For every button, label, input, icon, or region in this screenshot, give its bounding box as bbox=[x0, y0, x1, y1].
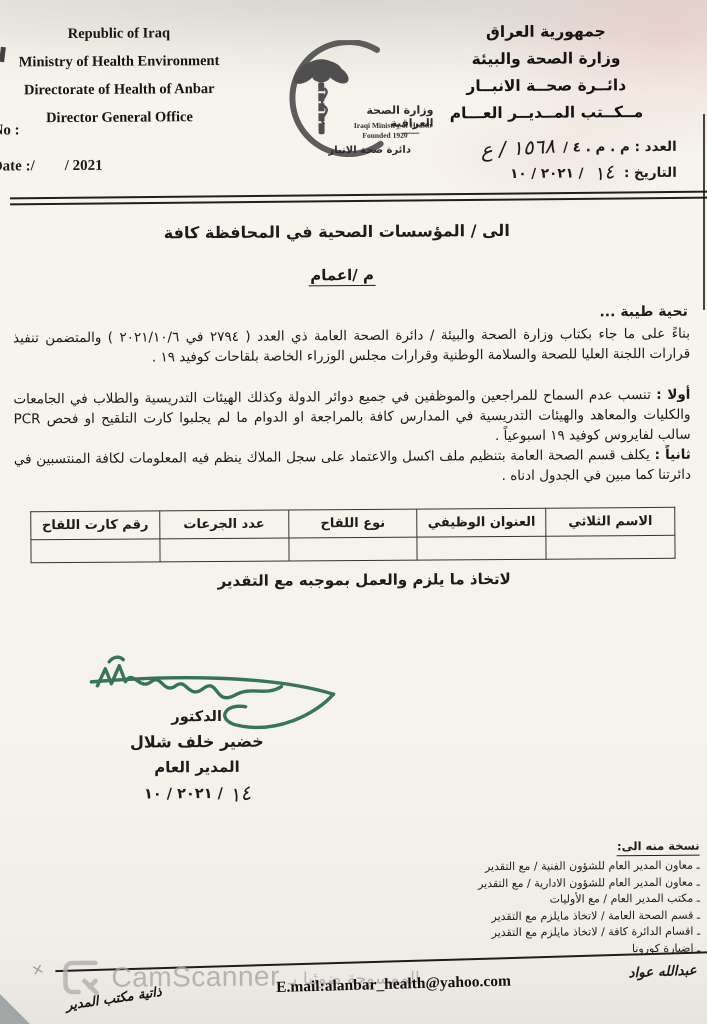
ref-number-line-ar: العدد : م . م . ٤ / ١٥٦٨ / ع bbox=[397, 135, 677, 161]
letterhead-ar-republic: جمهورية العراق bbox=[406, 22, 686, 42]
header-divider-rule bbox=[10, 191, 707, 206]
subject-text: م /اعمام bbox=[308, 266, 376, 286]
cell-card-number bbox=[31, 539, 160, 563]
scan-mark-x: × bbox=[29, 959, 46, 980]
letterhead-line-directorate: Directorate of Health of Anbar bbox=[3, 81, 235, 100]
english-letterhead: Republic of Iraq Ministry of Health Envi… bbox=[3, 25, 236, 139]
camscanner-logo-icon bbox=[59, 957, 103, 999]
signature-date-day-handwritten: ١٤ bbox=[227, 780, 252, 807]
letterhead-line-office: Director General Office bbox=[3, 109, 235, 128]
scan-artifact-right-edge-line bbox=[703, 114, 705, 310]
directives-paragraphs: أولا : تنسب عدم السماح للمراجعين والموظف… bbox=[13, 386, 691, 491]
date-label-ar: التاريخ : bbox=[624, 165, 677, 181]
letterhead-line-republic: Republic of Iraq bbox=[3, 25, 235, 44]
cc-list: نسخة منه الى: ـ معاون المدير العام للشؤو… bbox=[400, 838, 701, 959]
intro-paragraph: بناءً على ما جاء بكتاب وزارة الصحة والبي… bbox=[13, 325, 690, 370]
first-directive-label: أولا : bbox=[656, 387, 690, 403]
table-header-row: الاسم الثلاثي العنوان الوظيفي نوع اللقاح… bbox=[31, 507, 675, 539]
ref-number-label-en: No : bbox=[0, 122, 20, 139]
date-line-ar: التاريخ : ١٤ ٢٠٢١ / ١٠ / bbox=[397, 162, 677, 186]
date-line-en: Date :/ / 2021 bbox=[0, 158, 103, 176]
letter-sheet: Republic of Iraq Ministry of Health Envi… bbox=[0, 0, 707, 1024]
col-card-number: رقم كارت اللقاح bbox=[31, 511, 160, 540]
intro-paragraph-text: بناءً على ما جاء بكتاب وزارة الصحة والبي… bbox=[13, 325, 690, 370]
date-label-en: Date : bbox=[0, 158, 31, 174]
greeting-line: تحية طيبة ... bbox=[599, 304, 687, 321]
closing-line: لاتخاذ ما يلزم والعمل بموجبه مع التقدير bbox=[61, 569, 668, 591]
arabic-letterhead: جمهورية العراق وزارة الصحة والبيئة دائــ… bbox=[406, 22, 687, 132]
table-row bbox=[31, 535, 675, 562]
scanned-letter-page: Republic of Iraq Ministry of Health Envi… bbox=[0, 0, 707, 1024]
signer-role: المدير العام bbox=[72, 757, 322, 777]
signature-block: الدكتور خضير خلف شلال المدير العام ١٤ ٢٠… bbox=[72, 708, 323, 807]
col-job-title: العنوان الوظيفي bbox=[417, 508, 546, 537]
second-directive-text: يكلف قسم الصحة العامة بتنظيم ملف اكسل وا… bbox=[14, 447, 691, 484]
ref-number-label-ar: العدد : م . م . ٤ / bbox=[563, 139, 677, 156]
first-directive: أولا : تنسب عدم السماح للمراجعين والموظف… bbox=[13, 386, 690, 451]
letterhead-ar-ministry: وزارة الصحة والبيئة bbox=[406, 49, 686, 69]
first-directive-text: تنسب عدم السماح للمراجعين والموظفين في ج… bbox=[13, 387, 690, 444]
cc-item: ـ معاون المدير العام للشؤون الفنية / مع … bbox=[400, 858, 700, 877]
signer-title: الدكتور bbox=[72, 708, 322, 726]
signer-name: خضير خلف شلال bbox=[72, 731, 322, 752]
date-value-en: / / 2021 bbox=[30, 158, 102, 175]
cc-item: ـ معاون المدير العام للشؤون الادارية / م… bbox=[400, 874, 700, 893]
signature-date: ١٤ ٢٠٢١ / ١٠ / bbox=[72, 781, 322, 807]
date-day-handwritten: ١٤ bbox=[592, 161, 616, 186]
cc-item: ـ مكتب المدير العام / مع الأوليات bbox=[400, 891, 700, 910]
second-directive: ثانياً : يكلف قسم الصحة العامة بتنظيم مل… bbox=[14, 446, 691, 491]
cell-full-name bbox=[546, 535, 675, 559]
camscanner-corner-fold bbox=[0, 994, 30, 1024]
cell-vaccine-type bbox=[289, 537, 418, 561]
letterhead-ar-directorate: دائــرة صحــة الانبــار bbox=[406, 76, 686, 96]
second-directive-label: ثانياً : bbox=[655, 447, 691, 463]
cc-item: ـ اقسام الدائرة كافة / لاتخاذ مايلزم مع … bbox=[400, 924, 700, 943]
letterhead-line-ministry: Ministry of Health Environment bbox=[3, 53, 235, 72]
addressee-line: الى / المؤسسات الصحية في المحافظة كافة bbox=[28, 220, 645, 243]
cell-dose-count bbox=[160, 538, 289, 562]
cell-job-title bbox=[417, 536, 546, 560]
col-vaccine-type: نوع اللقاح bbox=[288, 509, 417, 538]
col-full-name: الاسم الثلاثي bbox=[546, 507, 675, 536]
letterhead-ar-office: مــكــتب المــديــر العـــام bbox=[406, 103, 686, 123]
date-year-month: ٢٠٢١ / ١٠ / bbox=[510, 165, 584, 182]
subject-line: م /اعمام bbox=[29, 264, 656, 286]
cc-item: ـ قسم الصحة العامة / لاتخاذ مايلزم مع ال… bbox=[400, 907, 700, 926]
vaccination-table: الاسم الثلاثي العنوان الوظيفي نوع اللقاح… bbox=[30, 507, 675, 564]
cc-title: نسخة منه الى: bbox=[617, 838, 700, 857]
col-dose-count: عدد الجرعات bbox=[160, 510, 289, 539]
signature-date-year-month: ٢٠٢١ / ١٠ / bbox=[144, 786, 223, 803]
ref-number-handwritten: ١٥٦٨ / ع bbox=[480, 134, 556, 162]
handwritten-name-right: عبدالله عواد bbox=[628, 962, 697, 981]
